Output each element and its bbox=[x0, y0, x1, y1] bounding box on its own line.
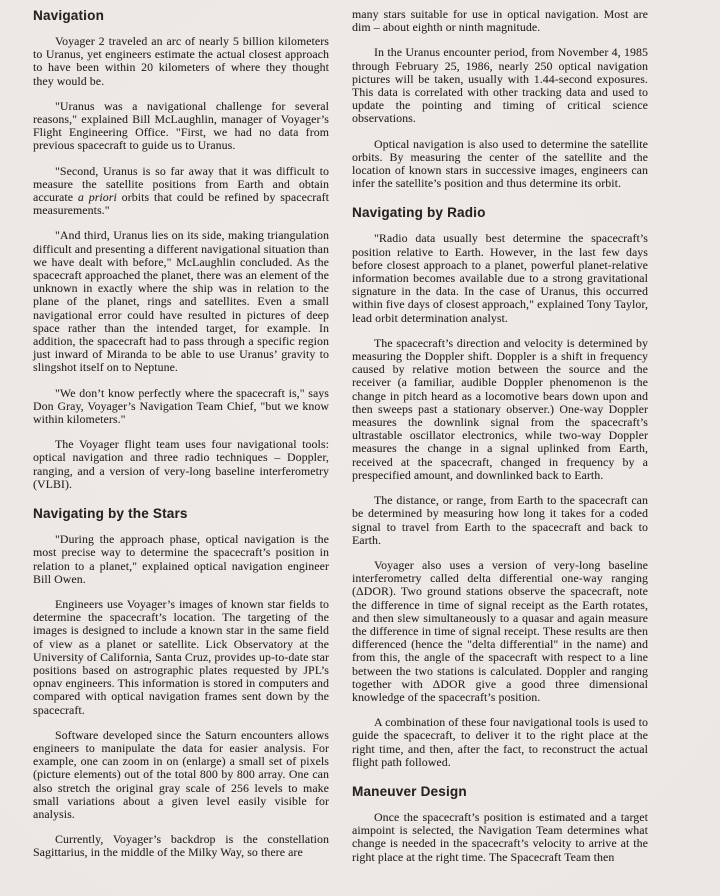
paragraph: many stars suitable for use in optical n… bbox=[352, 8, 648, 34]
paragraph: Once the spacecraft’s position is estima… bbox=[352, 811, 648, 864]
paragraph: In the Uranus encounter period, from Nov… bbox=[352, 46, 648, 125]
paragraph: "Radio data usually best determine the s… bbox=[352, 232, 648, 324]
section-heading-maneuver-design: Maneuver Design bbox=[352, 784, 648, 799]
column-right: many stars suitable for use in optical n… bbox=[352, 8, 648, 876]
paragraph: Voyager also uses a version of very-long… bbox=[352, 559, 648, 704]
section-heading-navigation: Navigation bbox=[33, 8, 329, 23]
paragraph: The spacecraft’s direction and velocity … bbox=[352, 337, 648, 482]
paragraph: Engineers use Voyager’s images of known … bbox=[33, 598, 329, 717]
italic-phrase: a priori bbox=[78, 190, 117, 204]
paragraph: A combination of these four navigational… bbox=[352, 716, 648, 769]
section-heading-navigating-by-the-stars: Navigating by the Stars bbox=[33, 506, 329, 521]
document-page: NavigationVoyager 2 traveled an arc of n… bbox=[0, 0, 720, 896]
section-heading-navigating-by-radio: Navigating by Radio bbox=[352, 205, 648, 220]
paragraph: Software developed since the Saturn enco… bbox=[33, 729, 329, 821]
paragraph: "Uranus was a navigational challenge for… bbox=[33, 100, 329, 153]
paragraph: Voyager 2 traveled an arc of nearly 5 bi… bbox=[33, 35, 329, 88]
paragraph: "Second, Uranus is so far away that it w… bbox=[33, 165, 329, 218]
paragraph: Currently, Voyager’s backdrop is the con… bbox=[33, 833, 329, 859]
paragraph: "And third, Uranus lies on its side, mak… bbox=[33, 229, 329, 374]
paragraph: The Voyager flight team uses four naviga… bbox=[33, 438, 329, 491]
paragraph: Optical navigation is also used to deter… bbox=[352, 138, 648, 191]
paragraph: The distance, or range, from Earth to th… bbox=[352, 494, 648, 547]
column-left: NavigationVoyager 2 traveled an arc of n… bbox=[33, 8, 329, 872]
paragraph: "We don’t know perfectly where the space… bbox=[33, 387, 329, 427]
paragraph: "During the approach phase, optical navi… bbox=[33, 533, 329, 586]
